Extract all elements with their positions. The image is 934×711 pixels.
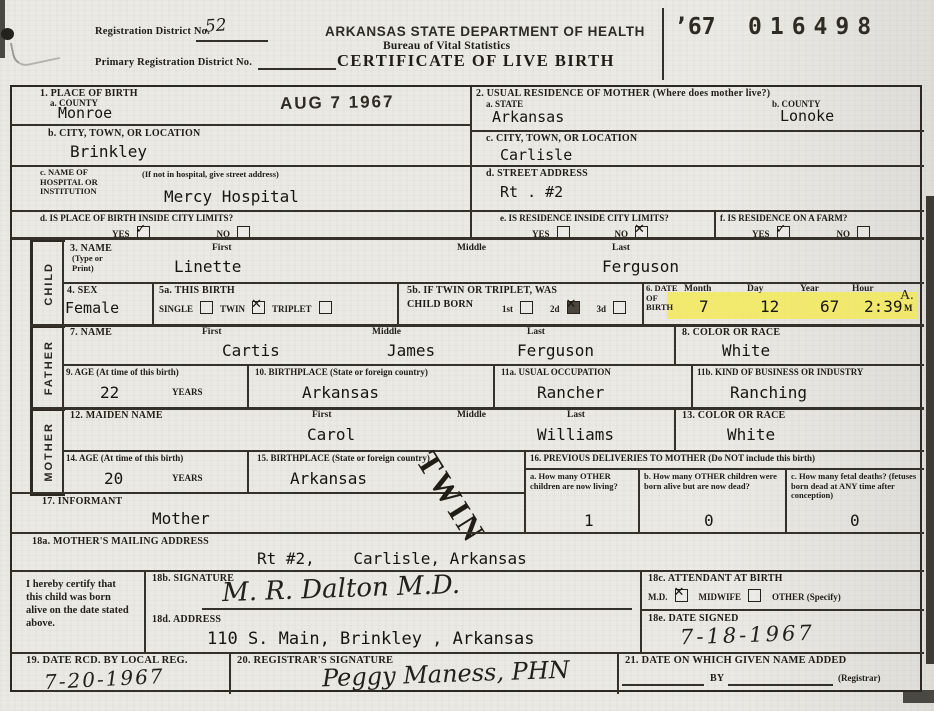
line xyxy=(62,450,924,452)
header-divider xyxy=(662,8,664,80)
mother-age-label: 14. AGE (At time of this birth) xyxy=(66,453,183,463)
residence-county-value: Lonoke xyxy=(780,107,834,125)
last-column-header: Last xyxy=(527,327,545,337)
scan-edge-right xyxy=(926,196,934,664)
triplet-checkbox xyxy=(319,301,332,314)
checkmark: ✓ xyxy=(136,222,147,237)
divider xyxy=(247,364,249,407)
date-received-stamp: AUG 7 1967 xyxy=(280,92,395,114)
mother-last-name: Williams xyxy=(537,425,614,444)
mailing-address-label: 18a. MOTHER'S MAILING ADDRESS xyxy=(32,536,209,547)
first-column-header: First xyxy=(312,410,332,420)
am-designator-m: M xyxy=(904,303,913,313)
line xyxy=(470,130,924,132)
line xyxy=(12,652,924,654)
father-age-value: 22 xyxy=(100,383,119,402)
street-value: Rt . #2 xyxy=(500,183,563,201)
mother-race-label: 13. COLOR OR RACE xyxy=(682,410,785,421)
day-header: Day xyxy=(747,284,763,294)
divider xyxy=(247,450,249,492)
line xyxy=(34,690,214,692)
department-title: ARKANSAS STATE DEPARTMENT OF HEALTH xyxy=(325,24,645,39)
father-occupation-value: Rancher xyxy=(537,383,604,402)
content-left-border xyxy=(62,240,64,492)
first-column-header: First xyxy=(202,327,222,337)
deliveries-living-label: a. How many OTHER children are now livin… xyxy=(530,472,630,491)
birth-hour-value: 2:39 xyxy=(864,297,903,316)
last-column-header: Last xyxy=(567,410,585,420)
line xyxy=(640,609,924,611)
street-label: d. STREET ADDRESS xyxy=(486,168,588,179)
column-divider xyxy=(470,87,472,240)
checkmark: ✕ xyxy=(251,297,262,312)
divider xyxy=(152,282,154,324)
father-industry-label: 11b. KIND OF BUSINESS OR INDUSTRY xyxy=(697,367,863,377)
twin-label: TWIN xyxy=(220,304,245,314)
midwife-checkbox xyxy=(748,589,761,602)
registrar-note: (Registrar) xyxy=(838,673,880,683)
attendant-at-birth-label: 18c. ATTENDANT AT BIRTH xyxy=(648,573,783,584)
deliveries-dead-label: b. How many OTHER children were born ali… xyxy=(644,472,778,491)
single-label: SINGLE xyxy=(159,304,193,314)
father-age-label: 9. AGE (At time of this birth) xyxy=(66,367,179,377)
first-column-header: First xyxy=(212,243,232,253)
fetal-deaths-value: 0 xyxy=(850,511,860,530)
child-name-sub: (Type or Print) xyxy=(72,254,103,273)
line xyxy=(622,684,704,686)
scan-smudge xyxy=(10,34,60,69)
informant-label: 17. INFORMANT xyxy=(42,496,122,507)
md-label: M.D. xyxy=(648,592,668,602)
child-last-name: Ferguson xyxy=(602,257,679,276)
mother-birthplace-label: 15. BIRTHPLACE (State or foreign country… xyxy=(257,453,430,463)
mailing-address-value: Rt #2, Carlisle, Arkansas xyxy=(257,549,527,568)
child-side-label: CHILD xyxy=(43,262,55,306)
sex-label: 4. SEX xyxy=(67,285,98,296)
line xyxy=(12,124,470,126)
hospital-label-line3: INSTITUTION xyxy=(40,187,98,197)
hospital-value: Mercy Hospital xyxy=(164,187,299,206)
twin-stamp: TWIN xyxy=(409,445,494,550)
second-born-label: 2d xyxy=(550,304,560,314)
registration-district-value: 52 xyxy=(204,15,227,36)
middle-column-header: Middle xyxy=(457,243,486,253)
divider xyxy=(638,468,640,532)
father-occupation-label: 11a. USUAL OCCUPATION xyxy=(501,367,611,377)
divider xyxy=(691,364,693,407)
father-side-label: FATHER xyxy=(43,340,55,395)
divider xyxy=(640,570,642,652)
birth-month-value: 7 xyxy=(699,297,709,316)
given-name-added-label: 21. DATE ON WHICH GIVEN NAME ADDED xyxy=(625,655,846,666)
years-label: YEARS xyxy=(172,387,203,397)
form-body: 1. PLACE OF BIRTH a. COUNTY Monroe AUG 7… xyxy=(10,85,922,692)
checkmark: ✕ xyxy=(674,585,685,600)
primary-district-label: Primary Registration District No. xyxy=(95,57,252,68)
middle-column-header: Middle xyxy=(457,410,486,420)
mother-side-label: MOTHER xyxy=(43,422,55,482)
twin-checkbox: ✕ xyxy=(252,301,265,314)
twin-order-label-1: 5b. IF TWIN OR TRIPLET, WAS xyxy=(407,285,557,296)
side-strip-mother: MOTHER xyxy=(30,407,65,496)
deliveries-living-value: 1 xyxy=(584,511,594,530)
certificate-title: CERTIFICATE OF LIVE BIRTH xyxy=(337,55,615,66)
last-column-header: Last xyxy=(612,243,630,253)
certificate-number: 016498 xyxy=(748,14,879,40)
attendant-options: M.D. ✕ MIDWIFE OTHER (Specify) xyxy=(648,587,841,605)
father-birthplace-label: 10. BIRTHPLACE (State or foreign country… xyxy=(255,367,428,377)
residence-city-value: Carlisle xyxy=(500,146,572,164)
checkmark: ✓ xyxy=(776,222,787,237)
scanned-birth-certificate: Registration District No. 52 Primary Reg… xyxy=(0,0,934,711)
md-checkbox: ✕ xyxy=(675,589,688,602)
checkmark: ✕ xyxy=(566,297,577,312)
line xyxy=(470,165,924,167)
first-born-checkbox xyxy=(520,301,533,314)
first-born-label: 1st xyxy=(502,304,513,314)
father-race-label: 8. COLOR OR RACE xyxy=(682,327,780,338)
county-value: Monroe xyxy=(58,104,112,122)
side-strip-father: FATHER xyxy=(30,324,65,411)
hospital-label: c. NAME OF HOSPITAL OR INSTITUTION xyxy=(40,168,98,197)
hospital-note: (If not in hospital, give street address… xyxy=(142,170,279,180)
child-first-name: Linette xyxy=(174,257,241,276)
line xyxy=(12,570,924,572)
month-header: Month xyxy=(684,284,711,294)
fetal-deaths-label: c. How many fetal deaths? (fetuses born … xyxy=(791,472,919,501)
twin-order-label-2: CHILD BORN xyxy=(407,299,473,310)
am-designator: A. xyxy=(900,288,914,304)
heavy-line xyxy=(30,324,924,327)
certificate-year: ’67 xyxy=(674,14,716,40)
divider xyxy=(397,282,399,324)
name-sub-line2: Print) xyxy=(72,264,103,274)
mother-birthplace-value: Arkansas xyxy=(290,469,367,488)
attendant-address-value: 110 S. Main, Brinkley , Arkansas xyxy=(207,629,535,649)
informant-value: Mother xyxy=(152,509,210,528)
residence-city-label: c. CITY, TOWN, OR LOCATION xyxy=(486,133,637,144)
sex-value: Female xyxy=(65,299,119,317)
by-label: BY xyxy=(710,673,724,684)
divider xyxy=(229,652,231,694)
address-label: 18d. ADDRESS xyxy=(152,614,221,625)
single-checkbox xyxy=(200,301,213,314)
date-signed-value: 7-18-1967 xyxy=(680,621,815,650)
checkmark: ✕ xyxy=(634,222,645,237)
father-race-value: White xyxy=(722,341,770,360)
triplet-label: TRIPLET xyxy=(272,304,312,314)
line xyxy=(728,684,833,686)
birth-year-value: 67 xyxy=(820,297,839,316)
father-industry-value: Ranching xyxy=(730,383,807,402)
other-label: OTHER (Specify) xyxy=(772,592,841,602)
dob-line3: BIRTH xyxy=(646,303,678,313)
this-birth-label: 5a. THIS BIRTH xyxy=(159,285,235,296)
years-label: YEARS xyxy=(172,473,203,483)
divider xyxy=(674,324,676,364)
city-label: b. CITY, TOWN, OR LOCATION xyxy=(48,128,200,139)
side-strip-child: CHILD xyxy=(30,240,65,328)
mother-race-value: White xyxy=(727,425,775,444)
this-birth-options: SINGLE TWIN ✕ TRIPLET xyxy=(159,299,335,317)
mother-age-value: 20 xyxy=(104,469,123,488)
primary-district-line xyxy=(258,68,336,70)
state-value: Arkansas xyxy=(492,108,564,126)
divider xyxy=(617,652,619,694)
registration-district-label: Registration District No. xyxy=(95,26,210,37)
divider xyxy=(714,210,716,240)
birth-day-value: 12 xyxy=(760,297,779,316)
registration-district-line xyxy=(196,40,268,42)
divider xyxy=(493,364,495,407)
line xyxy=(524,468,924,470)
father-middle-name: James xyxy=(387,341,435,360)
second-born-checkbox: ✕ xyxy=(567,301,580,314)
deliveries-dead-value: 0 xyxy=(704,511,714,530)
date-signed-label: 18e. DATE SIGNED xyxy=(648,613,739,624)
year-header: Year xyxy=(800,284,819,294)
maiden-name-label: 12. MAIDEN NAME xyxy=(70,410,163,421)
residence-heading: 2. USUAL RESIDENCE OF MOTHER (Where does… xyxy=(476,88,770,99)
father-birthplace-value: Arkansas xyxy=(302,383,379,402)
certification-text: I hereby certify that this child was bor… xyxy=(26,578,132,630)
twin-order-options: 1st 2d ✕ 3d xyxy=(502,299,629,317)
date-of-birth-label: 6. DATE OF BIRTH xyxy=(646,284,678,313)
city-value: Brinkley xyxy=(70,142,147,161)
third-born-checkbox xyxy=(613,301,626,314)
hour-header: Hour xyxy=(852,284,874,294)
father-last-name: Ferguson xyxy=(517,341,594,360)
divider xyxy=(674,407,676,450)
divider xyxy=(524,450,526,532)
divider xyxy=(785,468,787,532)
father-name-label: 7. NAME xyxy=(70,327,112,338)
scan-dot xyxy=(1,28,14,40)
divider xyxy=(642,282,644,324)
line xyxy=(62,282,924,284)
divider xyxy=(144,570,146,652)
middle-column-header: Middle xyxy=(372,327,401,337)
previous-deliveries-heading: 16. PREVIOUS DELIVERIES TO MOTHER (Do NO… xyxy=(530,453,815,463)
attendant-signature: M. R. Dalton M.D. xyxy=(222,570,461,608)
heavy-line xyxy=(12,532,924,534)
third-born-label: 3d xyxy=(597,304,607,314)
signature-line xyxy=(202,608,632,610)
midwife-label: MIDWIFE xyxy=(699,592,742,602)
heavy-line xyxy=(12,237,924,240)
father-first-name: Cartis xyxy=(222,341,280,360)
line xyxy=(12,210,924,212)
mother-first-name: Carol xyxy=(307,425,355,444)
